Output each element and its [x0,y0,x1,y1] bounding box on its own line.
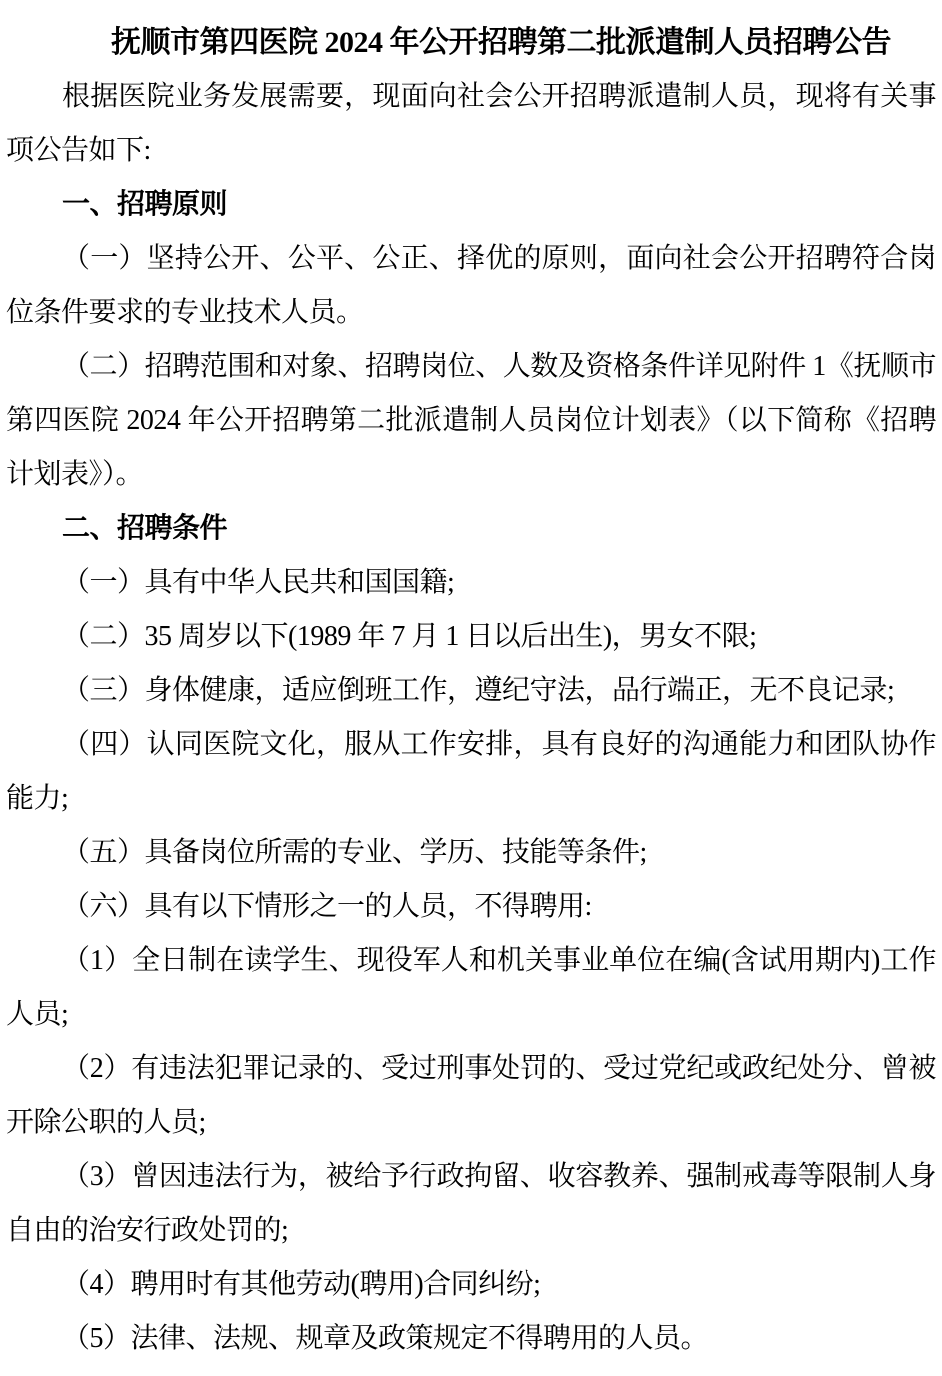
section-2-disqualification-2: （2）有违法犯罪记录的、受过刑事处罚的、受过党纪或政纪处分、曾被开除公职的人员; [6,1042,936,1150]
section-2-disqualification-3: （3）曾因违法行为，被给予行政拘留、收容教养、强制戒毒等限制人身自由的治安行政处… [6,1150,936,1258]
intro-paragraph: 根据医院业务发展需要，现面向社会公开招聘派遣制人员，现将有关事项公告如下: [6,70,936,178]
section-2-disqualification-4: （4）聘用时有其他劳动(聘用)合同纠纷; [6,1258,936,1312]
section-2-disqualification-5: （5）法律、法规、规章及政策规定不得聘用的人员。 [6,1312,936,1366]
section-2-condition-2: （二）35 周岁以下(1989 年 7 月 1 日以后出生)，男女不限; [6,610,936,664]
section-2-disqualification-1: （1）全日制在读学生、现役军人和机关事业单位在编(含试用期内)工作人员; [6,934,936,1042]
section-2-condition-1: （一）具有中华人民共和国国籍; [6,556,936,610]
section-1-paragraph-2: （二）招聘范围和对象、招聘岗位、人数及资格条件详见附件 1《抚顺市第四医院 20… [6,340,936,502]
section-2-condition-4: （四）认同医院文化，服从工作安排，具有良好的沟通能力和团队协作能力; [6,718,936,826]
section-1-paragraph-1: （一）坚持公开、公平、公正、择优的原则，面向社会公开招聘符合岗位条件要求的专业技… [6,232,936,340]
section-2-condition-5: （五）具备岗位所需的专业、学历、技能等条件; [6,826,936,880]
document-page: 抚顺市第四医院 2024 年公开招聘第二批派遣制人员招聘公告 根据医院业务发展需… [0,0,942,1376]
document-title: 抚顺市第四医院 2024 年公开招聘第二批派遣制人员招聘公告 [6,16,936,70]
section-2-condition-6: （六）具有以下情形之一的人员，不得聘用: [6,880,936,934]
section-1-heading: 一、招聘原则 [6,178,936,232]
section-2-condition-3: （三）身体健康，适应倒班工作，遵纪守法，品行端正，无不良记录; [6,664,936,718]
section-2-heading: 二、招聘条件 [6,502,936,556]
